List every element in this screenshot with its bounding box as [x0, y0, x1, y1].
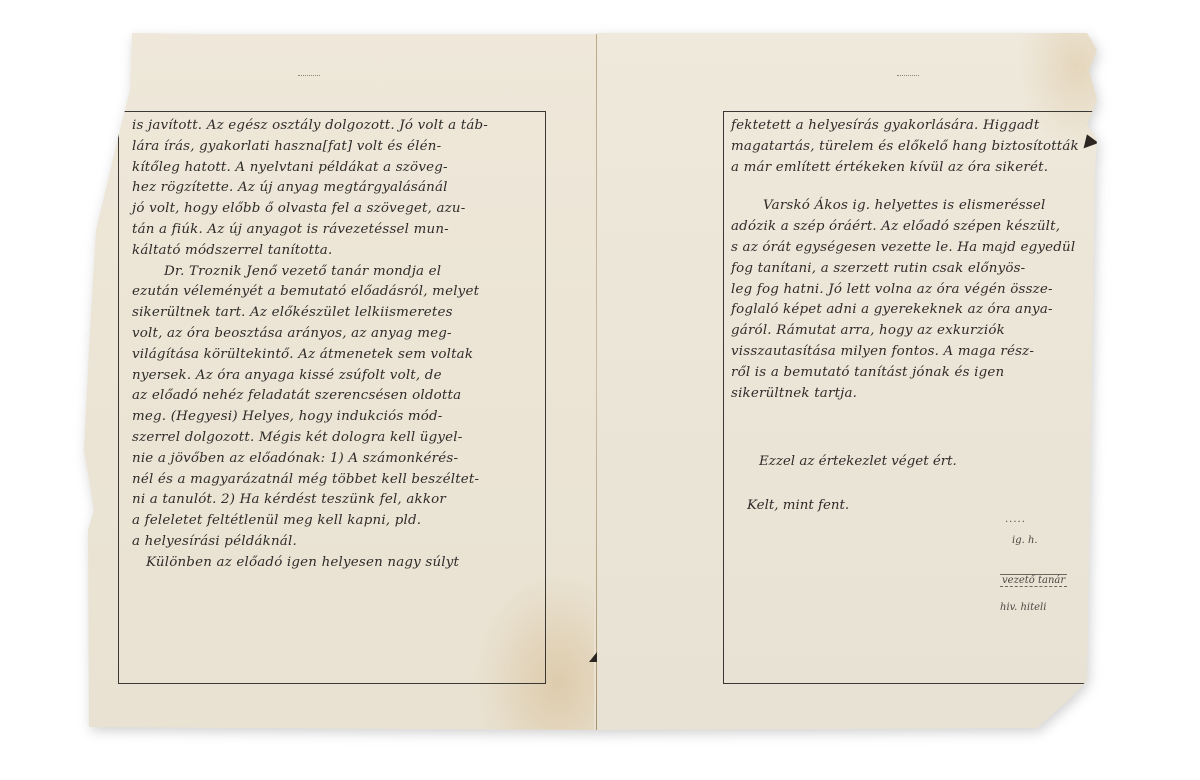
document-spread: is javított. Az egész osztály dolgozott.… — [44, 30, 1156, 730]
text-line: adózik a szép óráért. Az előadó szépen k… — [731, 217, 1079, 238]
top-dotted-mark — [897, 75, 919, 76]
text-line: sikerültnek tart. Az előkészület lelkiis… — [132, 303, 488, 324]
text-line: szerrel dolgozott. Mégis két dologra kel… — [132, 428, 488, 449]
text-line: káltató módszerrel tanította. — [132, 241, 488, 262]
text-line: volt, az óra beosztása arányos, az anyag… — [132, 324, 488, 345]
text-line: a helyesírási példáknál. — [132, 532, 488, 553]
text-line: a már említett értékeken kívül az óra si… — [731, 158, 1079, 179]
text-line: leg fog hatni. Jó lett volna az óra végé… — [731, 280, 1079, 301]
text-line: Varskó Ákos ig. helyettes is elismerésse… — [731, 196, 1079, 217]
signature-vezeto-tanar: vezető tanár — [1000, 575, 1067, 586]
signature-ig-h: ig. h. — [1012, 535, 1038, 546]
text-line: ezután véleményét a bemutató előadásról,… — [132, 282, 488, 303]
closing-line: Ezzel az értekezlet véget ért. — [759, 454, 957, 469]
text-line: sikerültnek tartja. — [731, 384, 1079, 405]
text-line: meg. (Hegyesi) Helyes, hogy indukciós mó… — [132, 407, 488, 428]
top-dotted-mark — [298, 75, 320, 76]
text-line: a feleletet feltétlenül meg kell kapni, … — [132, 511, 488, 532]
text-line: nél és a magyarázatnál még többet kell b… — [132, 470, 488, 491]
text-line: s az órát egységesen vezette le. Ha majd… — [731, 238, 1079, 259]
signature-dots: ..... — [1005, 514, 1026, 525]
signature-hiteli: hiv. hiteli — [1000, 602, 1046, 613]
blank-line — [731, 178, 1079, 196]
text-line: Dr. Troznik Jenő vezető tanár mondja el — [132, 262, 488, 283]
signature-vezeto-tanar-text: vezető tanár — [1000, 574, 1067, 587]
text-line: ről is a bemutató tanítást jónak és igen — [731, 363, 1079, 384]
date-text: Kelt, mint fent. — [747, 498, 849, 513]
text-line: nyersek. Az óra anyaga kissé zsúfolt vol… — [132, 366, 488, 387]
text-line: kítőleg hatott. A nyelvtani példákat a s… — [132, 158, 488, 179]
text-line: fektetett a helyesírás gyakorlására. Hig… — [731, 116, 1079, 137]
text-line: is javított. Az egész osztály dolgozott.… — [132, 116, 488, 137]
text-line: nie a jövőben az előadónak: 1) A számonk… — [132, 449, 488, 470]
text-line: tán a fiúk. Az új anyagot is rávezetésse… — [132, 220, 488, 241]
text-line: ni a tanulót. 2) Ha kérdést teszünk fel,… — [132, 490, 488, 511]
text-line: magatartás, türelem és előkelő hang bizt… — [731, 137, 1079, 158]
text-line: világítása körültekintő. Az átmenetek se… — [132, 345, 488, 366]
text-line: foglaló képet adni a gyerekeknek az óra … — [731, 300, 1079, 321]
text-line: visszautasítása milyen fontos. A maga ré… — [731, 342, 1079, 363]
text-line: lára írás, gyakorlati haszna[fat] volt é… — [132, 137, 488, 158]
right-page-text: fektetett a helyesírás gyakorlására. Hig… — [731, 116, 1079, 404]
date-line: Kelt, mint fent. — [747, 498, 849, 513]
text-line: az előadó nehéz feladatát szerencsésen o… — [132, 386, 488, 407]
text-line: jó volt, hogy előbb ő olvasta fel a szöv… — [132, 199, 488, 220]
left-page: is javított. Az egész osztály dolgozott.… — [44, 30, 596, 730]
text-line: fog tanítani, a szerzett rutin csak előn… — [731, 259, 1079, 280]
text-line: hez rögzítette. Az új anyag megtárgyalás… — [132, 178, 488, 199]
text-line: Különben az előadó igen helyesen nagy sú… — [132, 553, 488, 574]
text-line: gáról. Rámutat arra, hogy az exkurziók — [731, 321, 1079, 342]
left-page-text: is javított. Az egész osztály dolgozott.… — [132, 116, 488, 574]
right-page: fektetett a helyesírás gyakorlására. Hig… — [597, 30, 1157, 730]
